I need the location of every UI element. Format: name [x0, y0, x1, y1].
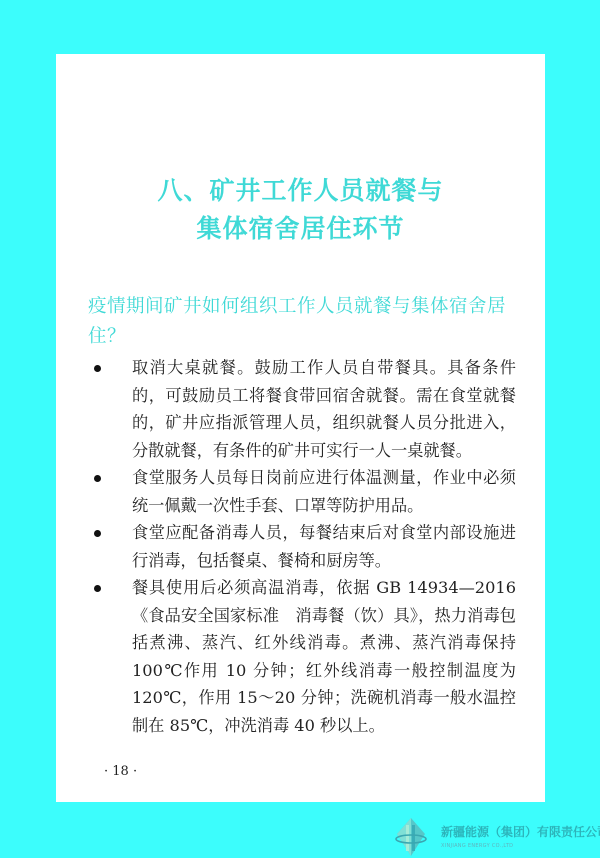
list-item-text: 取消大桌就餐。鼓励工作人员自带餐具。具备条件的，可鼓励员工将餐食带回宿舍就餐。需… — [132, 358, 516, 460]
list-item: 餐具使用后必须高温消毒，依据 GB 14934—2016《食品安全国家标准 消毒… — [86, 574, 516, 739]
list-item: 取消大桌就餐。鼓励工作人员自带餐具。具备条件的，可鼓励员工将餐食带回宿舍就餐。需… — [86, 354, 516, 464]
page-number: · 18 · — [104, 764, 137, 779]
company-logo-icon — [393, 817, 429, 857]
company-name: 新疆能源（集团）有限责任公司 — [441, 823, 600, 840]
list-item-text: 食堂服务人员每日岗前应进行体温测量，作业中必须统一佩戴一次性手套、口罩等防护用品… — [132, 468, 516, 515]
section-title: 八、矿井工作人员就餐与 集体宿舍居住环节 — [56, 172, 545, 248]
bullet-dot-icon — [94, 585, 101, 592]
list-item: 食堂服务人员每日岗前应进行体温测量，作业中必须统一佩戴一次性手套、口罩等防护用品… — [86, 464, 516, 519]
company-watermark: 新疆能源（集团）有限责任公司 XINJIANG ENERGY CO.,LTD — [393, 817, 598, 857]
list-item-text: 餐具使用后必须高温消毒，依据 GB 14934—2016《食品安全国家标准 消毒… — [132, 578, 516, 735]
bullet-dot-icon — [94, 475, 101, 482]
bullet-list: 取消大桌就餐。鼓励工作人员自带餐具。具备条件的，可鼓励员工将餐食带回宿舍就餐。需… — [86, 354, 516, 739]
document-page: 八、矿井工作人员就餐与 集体宿舍居住环节 疫情期间矿井如何组织工作人员就餐与集体… — [56, 54, 545, 802]
company-name-en: XINJIANG ENERGY CO.,LTD — [441, 843, 513, 849]
section-title-line-2: 集体宿舍居住环节 — [56, 210, 545, 248]
question-heading: 疫情期间矿井如何组织工作人员就餐与集体宿舍居住？ — [88, 292, 518, 352]
bullet-dot-icon — [94, 365, 101, 372]
list-item: 食堂应配备消毒人员，每餐结束后对食堂内部设施进行消毒，包括餐桌、餐椅和厨房等。 — [86, 519, 516, 574]
section-title-line-1: 八、矿井工作人员就餐与 — [56, 172, 545, 210]
list-item-text: 食堂应配备消毒人员，每餐结束后对食堂内部设施进行消毒，包括餐桌、餐椅和厨房等。 — [132, 523, 516, 570]
bullet-dot-icon — [94, 530, 101, 537]
